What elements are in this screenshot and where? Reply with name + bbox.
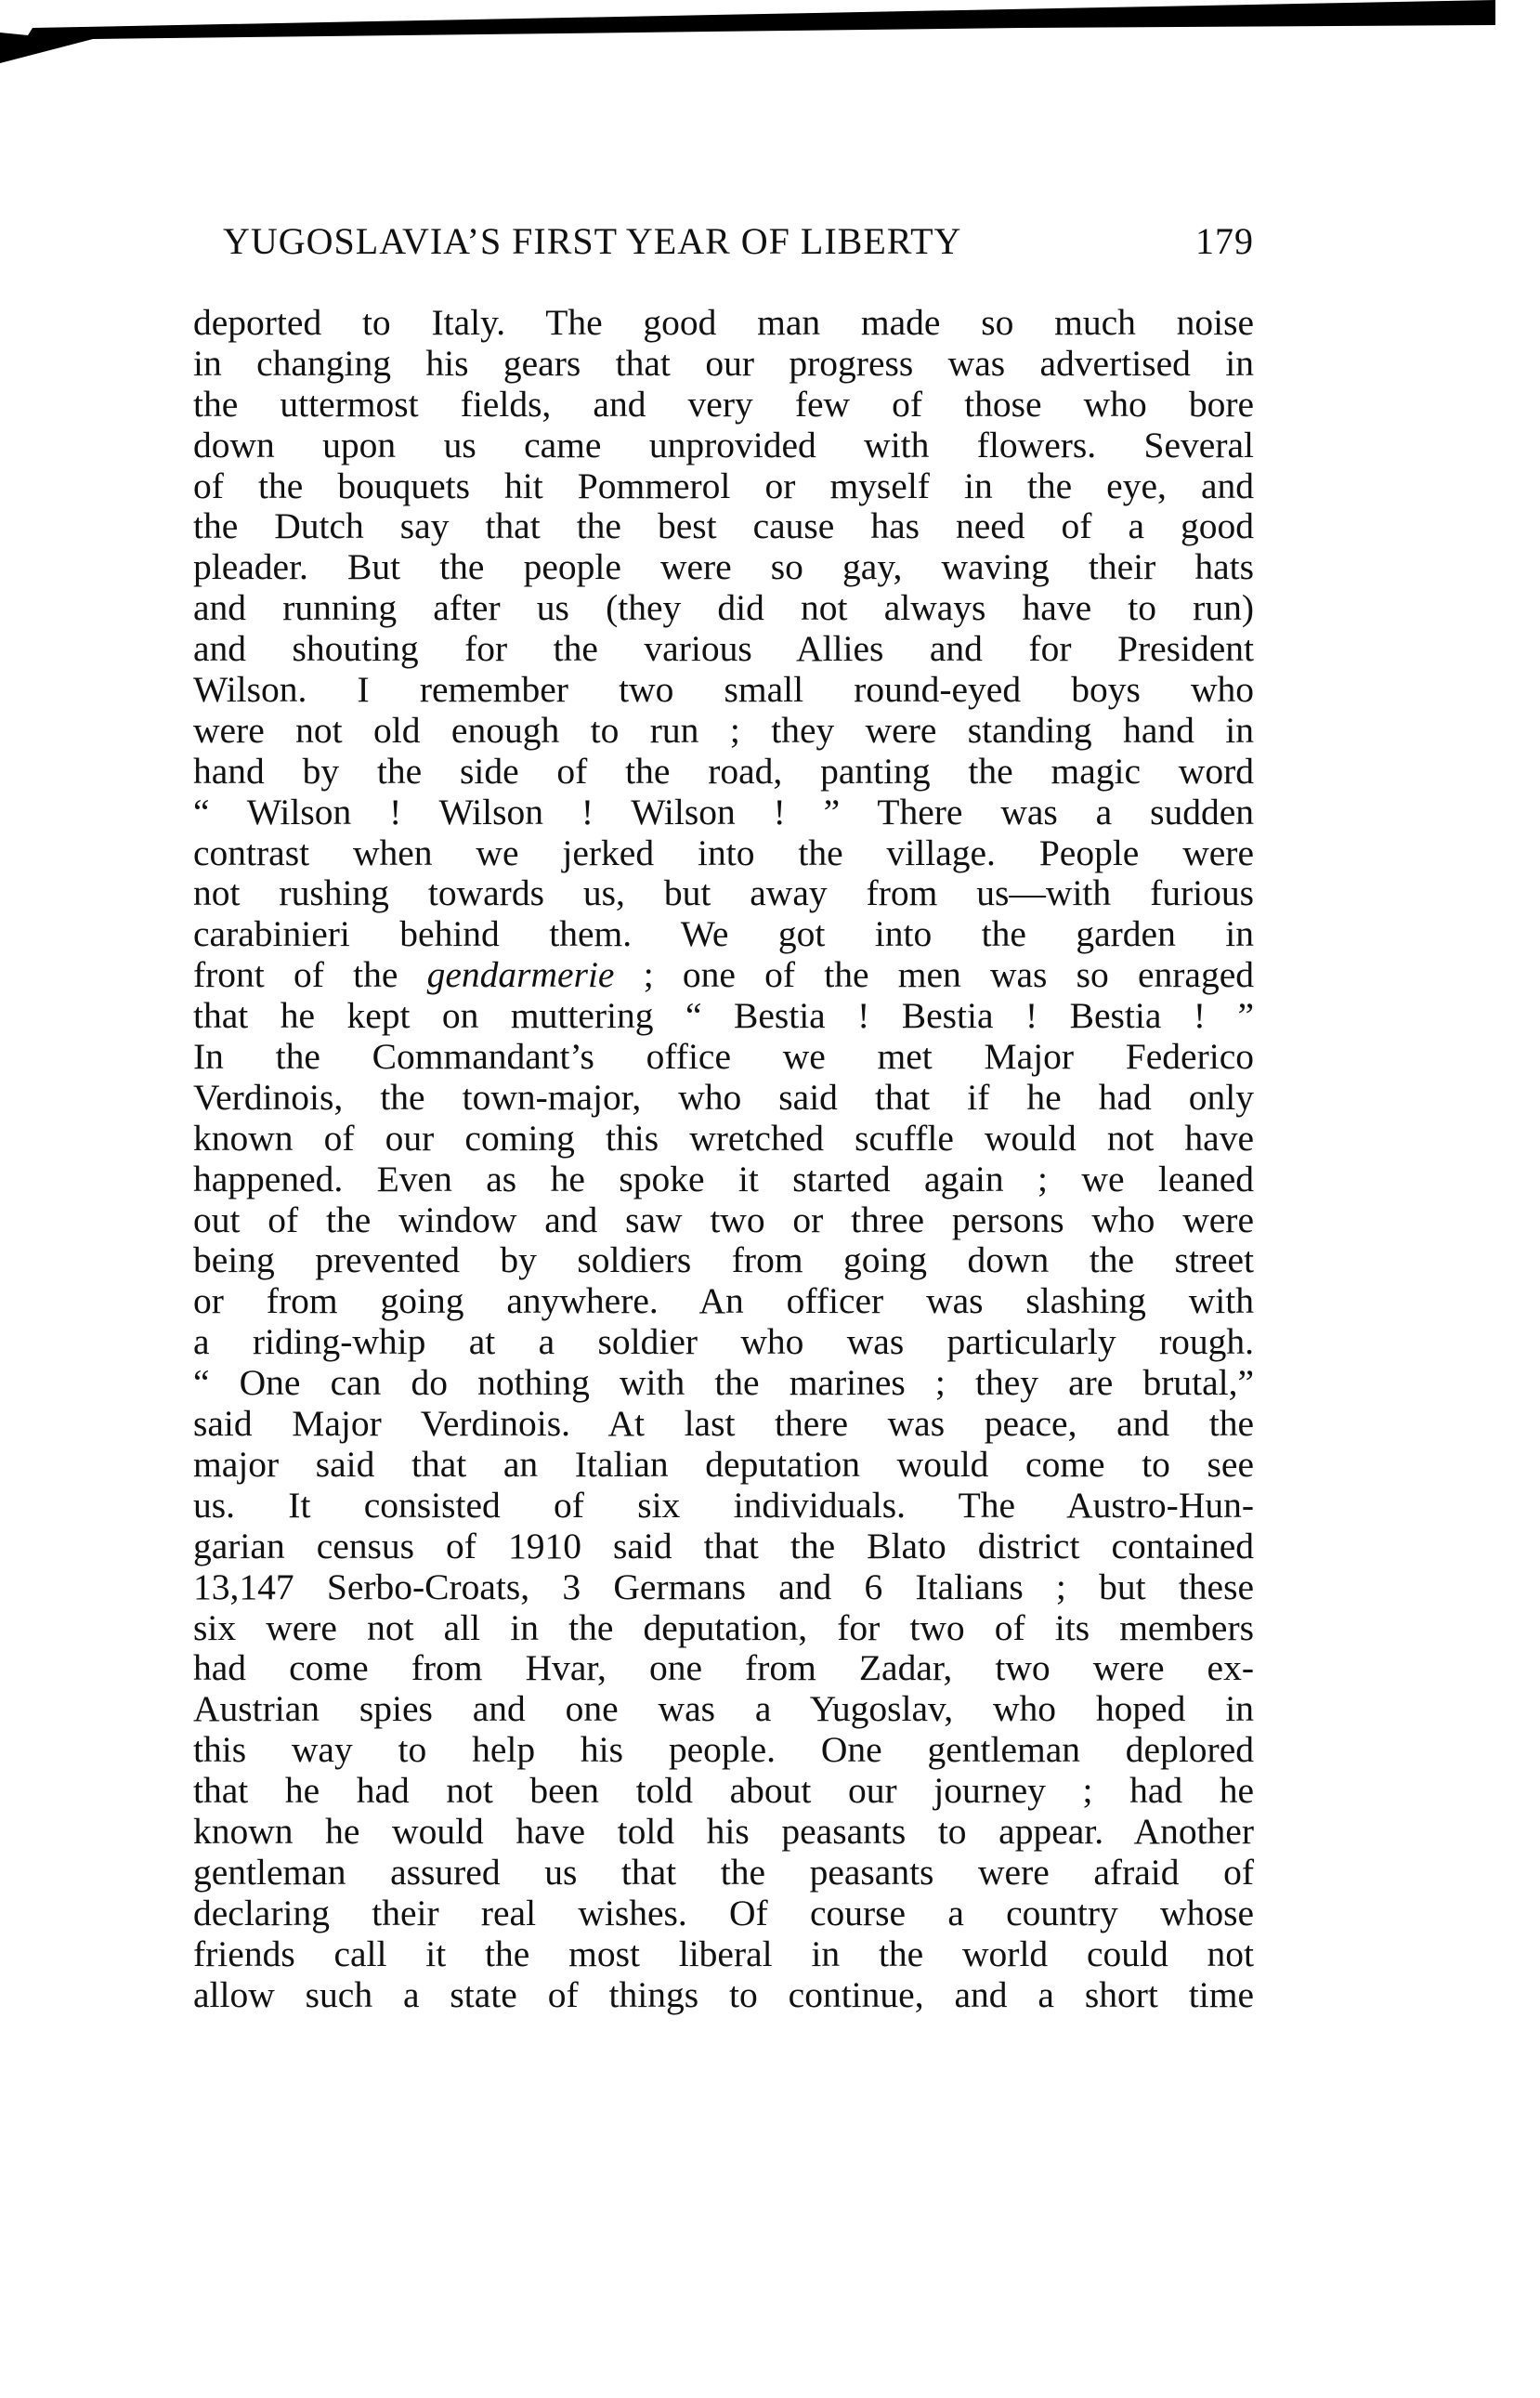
text-line: allow such a state of things to continue… (193, 1975, 1254, 2016)
text-line: major said that an Italian deputation wo… (193, 1445, 1254, 1486)
text-line: the uttermost fields, and very few of th… (193, 385, 1254, 426)
scan-edge-shadow (0, 0, 1495, 65)
text-line: garian census of 1910 said that the Blat… (193, 1527, 1254, 1567)
text-line: friends call it the most liberal in the … (193, 1934, 1254, 1975)
text-line: out of the window and saw two or three p… (193, 1200, 1254, 1241)
text-line: front of the gendarmerie ; one of the me… (193, 955, 1254, 996)
text-line: In the Commandant’s office we met Major … (193, 1037, 1254, 1078)
text-line: the Dutch say that the best cause has ne… (193, 506, 1254, 547)
text-line: known he would have told his peasants to… (193, 1812, 1254, 1853)
text-line: in changing his gears that our progress … (193, 344, 1254, 385)
text-line: Wilson. I remember two small round-eyed … (193, 670, 1254, 711)
text-line: down upon us came unprovided with flower… (193, 426, 1254, 466)
text-line: of the bouquets hit Pommerol or myself i… (193, 466, 1254, 507)
running-head-title: YUGOSLAVIA’S FIRST YEAR OF LIBERTY (223, 219, 961, 263)
text-line: Verdinois, the town-major, who said that… (193, 1078, 1254, 1119)
text-line: Austrian spies and one was a Yugoslav, w… (193, 1689, 1254, 1730)
text-line: a riding-whip at a soldier who was parti… (193, 1322, 1254, 1363)
text-line: said Major Verdinois. At last there was … (193, 1404, 1254, 1445)
body-text: deported to Italy. The good man made so … (193, 303, 1254, 2015)
text-line: pleader. But the people were so gay, wav… (193, 547, 1254, 588)
text-line: deported to Italy. The good man made so … (193, 303, 1254, 344)
text-line: and shouting for the various Allies and … (193, 629, 1254, 670)
text-line: contrast when we jerked into the village… (193, 833, 1254, 874)
text-line: this way to help his people. One gentlem… (193, 1730, 1254, 1771)
text-line: gentleman assured us that the peasants w… (193, 1853, 1254, 1894)
running-header: YUGOSLAVIA’S FIRST YEAR OF LIBERTY 179 (223, 219, 1254, 266)
text-line: not rushing towards us, but away from us… (193, 873, 1254, 914)
text-line: six were not all in the deputation, for … (193, 1608, 1254, 1649)
text-line: us. It consisted of six individuals. The… (193, 1486, 1254, 1527)
text-line: and running after us (they did not alway… (193, 588, 1254, 629)
text-line: were not old enough to run ; they were s… (193, 711, 1254, 752)
text-line: being prevented by soldiers from going d… (193, 1240, 1254, 1281)
text-line: that he kept on muttering “ Bestia ! Bes… (193, 996, 1254, 1037)
text-line: that he had not been told about our jour… (193, 1771, 1254, 1812)
text-line: declaring their real wishes. Of course a… (193, 1894, 1254, 1934)
text-line: 13,147 Serbo-Croats, 3 Germans and 6 Ita… (193, 1567, 1254, 1608)
text-line: known of our coming this wretched scuffl… (193, 1119, 1254, 1160)
text-line: happened. Even as he spoke it started ag… (193, 1160, 1254, 1200)
text-line: “ Wilson ! Wilson ! Wilson ! ” There was… (193, 793, 1254, 833)
text-line: “ One can do nothing with the marines ; … (193, 1363, 1254, 1404)
text-line: hand by the side of the road, panting th… (193, 752, 1254, 793)
text-line: carabinieri behind them. We got into the… (193, 914, 1254, 955)
text-line: had come from Hvar, one from Zadar, two … (193, 1648, 1254, 1689)
text-line: or from going anywhere. An officer was s… (193, 1281, 1254, 1322)
page-number: 179 (1195, 219, 1254, 263)
